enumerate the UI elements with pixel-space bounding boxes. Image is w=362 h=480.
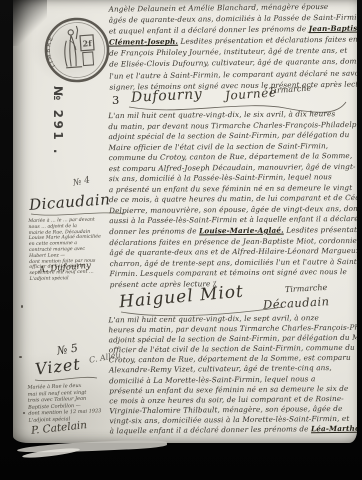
paper-speck (23, 412, 25, 414)
act-line-text: donner les prénoms de (109, 226, 199, 236)
paper-speck (21, 305, 23, 308)
paper-speck (19, 356, 22, 358)
child-name: Louise-Marie-Aglaé. (199, 226, 284, 236)
act-record-4: L'an mil huit cent quatre-vingt-dix, le … (108, 313, 357, 437)
act-line-text: Lesdites présentations et (284, 225, 357, 235)
child-name: Clément-Joseph. (109, 37, 178, 47)
stamp-figure (63, 26, 82, 68)
signature-father: Décaudain (263, 294, 330, 311)
act-line: Firmin. Lesquels comparant et témoins on… (110, 267, 357, 280)
revenue-stamp-icon: TIMBRE 2f (41, 14, 114, 87)
act-record-2: Angèle Delaunein et Amélie Blanchard, mé… (108, 0, 357, 92)
signature-witness: Journée (225, 85, 277, 103)
signature-witness: Dufourny (131, 86, 203, 106)
signature-officer: Tirmarche (285, 283, 328, 294)
act-record-3: L'an mil huit cent quatre-vingt-dix, le … (108, 109, 357, 291)
registry-number-stamp: № 291 . (51, 86, 65, 156)
act-line-text: à laquelle enfant il a déclaré donner le… (110, 424, 312, 435)
paper-sheet: TIMBRE 2f № 291 . Angèle Delaunein et Am… (13, 0, 357, 443)
act-line-with-name: à laquelle enfant il a déclaré donner le… (110, 424, 357, 437)
scanned-register-page: TIMBRE 2f № 291 . Angèle Delaunein et Am… (0, 0, 362, 480)
stamp-value: 2f (82, 38, 92, 49)
scan-corner-shadow (13, 0, 47, 46)
margin-surname: Dicaudain (28, 190, 110, 214)
margin-act-number: № 4 (72, 175, 91, 188)
stamp-tablet: 2f (80, 35, 95, 66)
margin-surname: Vizet (34, 354, 82, 378)
act-number: 3 (112, 93, 119, 107)
child-name: Léa-Marthe. (311, 424, 357, 434)
child-name: Jean-Baptiste- (309, 24, 357, 34)
